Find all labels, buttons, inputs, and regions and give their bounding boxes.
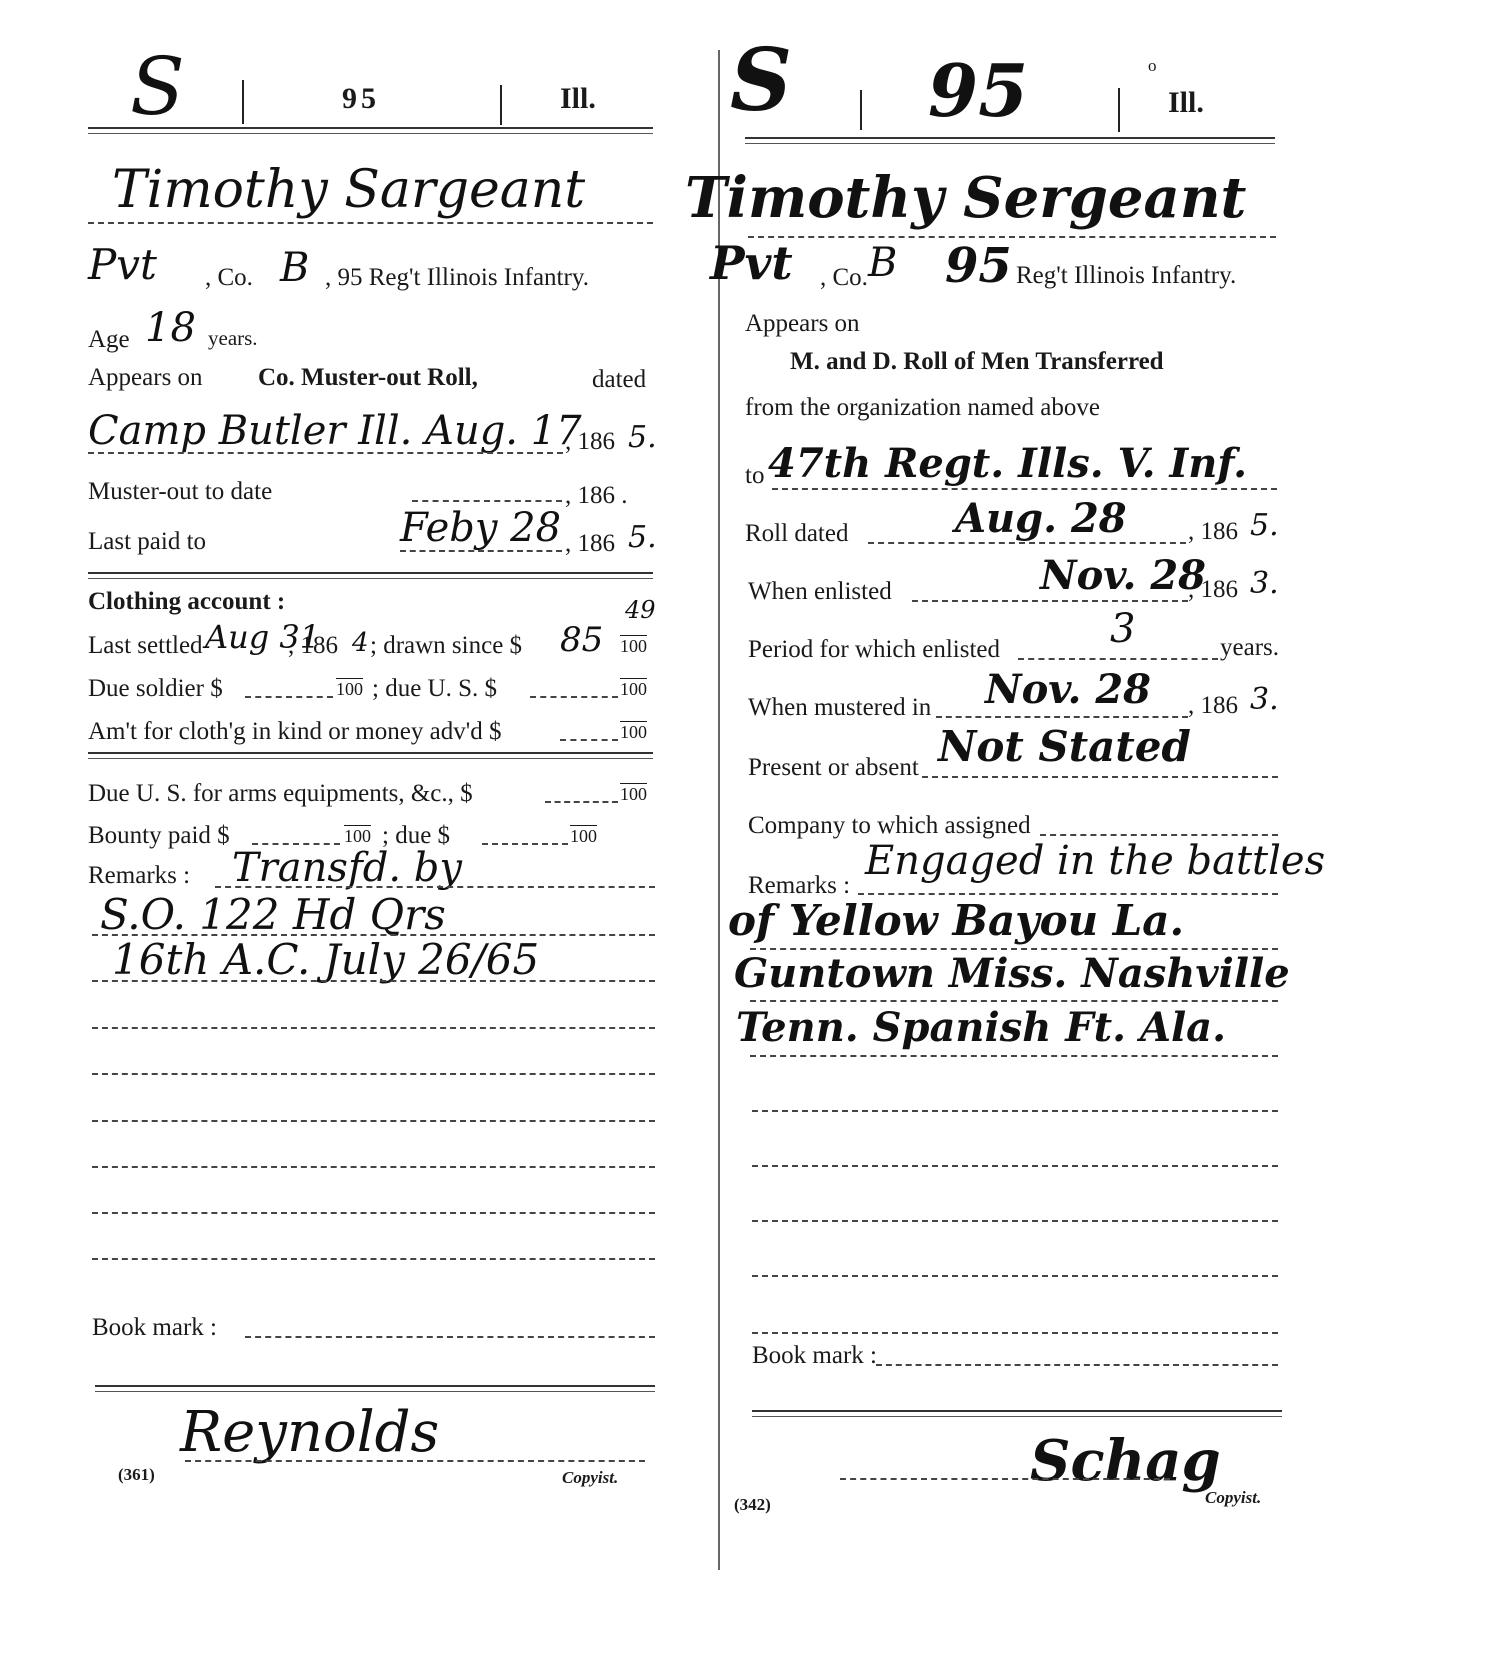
remarks-rule [92, 1166, 655, 1168]
book-mark-label: Book mark : [752, 1342, 877, 1370]
header-state: Ill. [560, 82, 596, 116]
remarks-line-4: Tenn. Spanish Ft. Ala. [736, 1004, 1226, 1051]
header-initial: S [730, 30, 792, 131]
book-mark-line [245, 1336, 655, 1338]
copyist-label: Copyist. [562, 1468, 618, 1488]
soldier-name: Timothy Sargeant [112, 160, 585, 220]
last-settled-year-digit: 4 [352, 628, 369, 658]
period-line [1018, 658, 1218, 660]
remarks-line-1: Engaged in the battles [865, 838, 1325, 884]
remarks-line-1: Transfd. by [232, 845, 462, 891]
rank-value: Pvt [88, 240, 157, 289]
company-assigned-line [1040, 834, 1278, 836]
roll-date-line [88, 452, 563, 454]
last-paid-year-digit: 5. [628, 520, 657, 555]
age-suffix: years. [208, 326, 258, 351]
dated-label: dated [592, 366, 646, 394]
regiment-line: , 95 Reg't Illinois Infantry. [325, 264, 589, 292]
mustered-label: When mustered in [748, 694, 931, 722]
mustered-year-digit: 3. [1250, 682, 1279, 717]
last-settled-label: Last settled [88, 632, 203, 660]
appears-on-label: Appears on [88, 364, 203, 392]
due-soldier-label: Due soldier $ [88, 675, 223, 703]
remarks-rule [858, 893, 1278, 895]
remarks-rule [750, 1000, 1278, 1002]
roll-name: M. and D. Roll of Men Transferred [790, 348, 1164, 376]
header-regiment: 95 [342, 82, 380, 116]
to-label: to [745, 462, 764, 490]
present-label: Present or absent [748, 754, 919, 782]
header-initial: S [130, 40, 185, 133]
header-rule [745, 137, 1275, 144]
amt-clothing-label: Am't for cloth'g in kind or money adv'd … [88, 718, 501, 746]
drawn-since-dollars: 85 [560, 620, 603, 660]
cents-mark: 100 [620, 722, 647, 743]
regiment-line: Reg't Illinois Infantry. [1016, 262, 1236, 290]
drawn-since-label: ; drawn since $ [370, 632, 522, 660]
age-value: 18 [145, 305, 196, 351]
last-settled-year: , 186 [288, 632, 338, 660]
cents-mark: 100 [570, 826, 597, 847]
header-divider [242, 80, 244, 124]
copyist-signature: Reynolds [180, 1400, 439, 1465]
mustered-line [936, 716, 1188, 718]
due-us-arms-label: Due U. S. for arms equipments, &c., $ [88, 780, 473, 808]
copyist-signature: Schag [1030, 1428, 1221, 1494]
header-divider [1118, 88, 1120, 132]
remarks-rule [750, 1055, 1278, 1057]
present-value: Not Stated [938, 722, 1191, 771]
remarks-rule [92, 980, 655, 982]
remarks-rule [752, 1165, 1278, 1167]
name-line [748, 236, 1276, 238]
cents-mark: 100 [620, 784, 647, 805]
period-value: 3 [1110, 606, 1135, 652]
enlisted-year: , 186 [1188, 576, 1238, 604]
roll-dated-year: , 186 [1188, 518, 1238, 546]
clothing-heading: Clothing account : [88, 588, 285, 616]
form-number: (342) [734, 1495, 771, 1515]
mustered-value: Nov. 28 [985, 666, 1151, 713]
right-service-card: S 95 o Ill. Timothy Sergeant Pvt , Co. B… [700, 0, 1498, 1664]
left-service-card: S 95 Ill. Timothy Sargeant Pvt , Co. B ,… [0, 0, 700, 1664]
muster-out-year: , 186 . [565, 482, 628, 510]
roll-dated-value: Aug. 28 [955, 495, 1127, 542]
remarks-rule [92, 1073, 655, 1075]
header-regiment: 95 [928, 48, 1028, 133]
copyist-label: Copyist. [1205, 1488, 1261, 1508]
last-paid-year-prefix: , 186 [565, 530, 615, 558]
enlisted-year-digit: 3. [1250, 566, 1279, 601]
age-label: Age [88, 326, 130, 354]
remarks-rule [92, 1120, 655, 1122]
cents-mark: 100 [344, 826, 371, 847]
muster-out-label: Muster-out to date [88, 478, 272, 506]
remarks-rule [752, 1275, 1278, 1277]
roll-year-digit: 5. [628, 420, 657, 455]
due-us-line [530, 696, 618, 698]
rank-value: Pvt [710, 236, 793, 290]
remarks-line-3: Guntown Miss. Nashville [734, 950, 1290, 997]
company-value: B [868, 240, 897, 286]
period-label: Period for which enlisted [748, 636, 1000, 664]
remarks-rule [215, 886, 655, 888]
last-paid-line [400, 550, 562, 552]
book-mark-line [876, 1364, 1278, 1366]
appears-on-label: Appears on [745, 310, 860, 338]
section-rule [88, 752, 653, 759]
due-us-label: ; due U. S. $ [372, 675, 497, 703]
company-label: , Co. [205, 264, 253, 292]
cents-mark: 100 [620, 679, 647, 700]
last-paid-value: Feby 28 [400, 505, 561, 551]
signature-line [840, 1478, 1170, 1480]
header-state: Ill. [1168, 86, 1204, 120]
muster-out-line [412, 500, 562, 502]
to-line [772, 488, 1277, 490]
book-mark-label: Book mark : [92, 1314, 217, 1342]
section-rule [752, 1410, 1282, 1417]
company-assigned-label: Company to which assigned [748, 812, 1031, 840]
remarks-rule [752, 1332, 1278, 1334]
header-rule [88, 127, 653, 134]
mustered-year: , 186 [1188, 692, 1238, 720]
present-line [922, 776, 1278, 778]
amt-clothing-line [560, 739, 618, 741]
remarks-line-3: 16th A.C. July 26/65 [112, 935, 539, 984]
section-rule [95, 1385, 655, 1392]
roll-dated-line [868, 542, 1186, 544]
roll-name: Co. Muster-out Roll, [258, 364, 478, 392]
remarks-rule [752, 1110, 1278, 1112]
remarks-line-2: of Yellow Bayou La. [728, 896, 1184, 945]
cents-mark: 100 [336, 679, 363, 700]
drawn-since-cents: 49 [625, 596, 656, 624]
company-value: B [280, 245, 309, 291]
roll-dated-year-digit: 5. [1250, 508, 1279, 543]
soldier-name: Timothy Sergeant [685, 165, 1246, 231]
header-divider [860, 90, 862, 130]
remarks-rule [92, 1258, 655, 1260]
name-line [88, 222, 653, 224]
to-value: 47th Regt. Ills. V. Inf. [768, 440, 1247, 487]
cents-mark: 100 [620, 636, 647, 657]
last-paid-label: Last paid to [88, 528, 206, 556]
bounty-paid-label: Bounty paid $ [88, 822, 230, 850]
remarks-rule [92, 1212, 655, 1214]
enlisted-value: Nov. 28 [1040, 552, 1206, 599]
remarks-rule [92, 1027, 655, 1029]
from-label: from the organization named above [745, 394, 1100, 422]
company-label: , Co. [820, 264, 868, 292]
remarks-line-2: S.O. 122 Hd Qrs [100, 890, 446, 939]
enlisted-label: When enlisted [748, 578, 892, 606]
regiment-hand: 95 [945, 238, 1012, 294]
roll-year-prefix: , 186 [565, 428, 615, 456]
remarks-rule [752, 1220, 1278, 1222]
signature-line [185, 1460, 645, 1462]
roll-place-date: Camp Butler Ill. Aug. 17 [88, 408, 582, 454]
header-mark: o [1148, 56, 1157, 76]
due-us-arms-line [545, 801, 618, 803]
remarks-label: Remarks : [88, 862, 190, 890]
roll-dated-label: Roll dated [745, 520, 848, 548]
header-divider [500, 85, 502, 125]
due-soldier-line [245, 696, 333, 698]
section-rule [88, 572, 653, 579]
period-suffix: years. [1220, 634, 1279, 662]
form-number: (361) [118, 1465, 155, 1485]
enlisted-line [912, 600, 1188, 602]
bounty-due-line [482, 843, 568, 845]
